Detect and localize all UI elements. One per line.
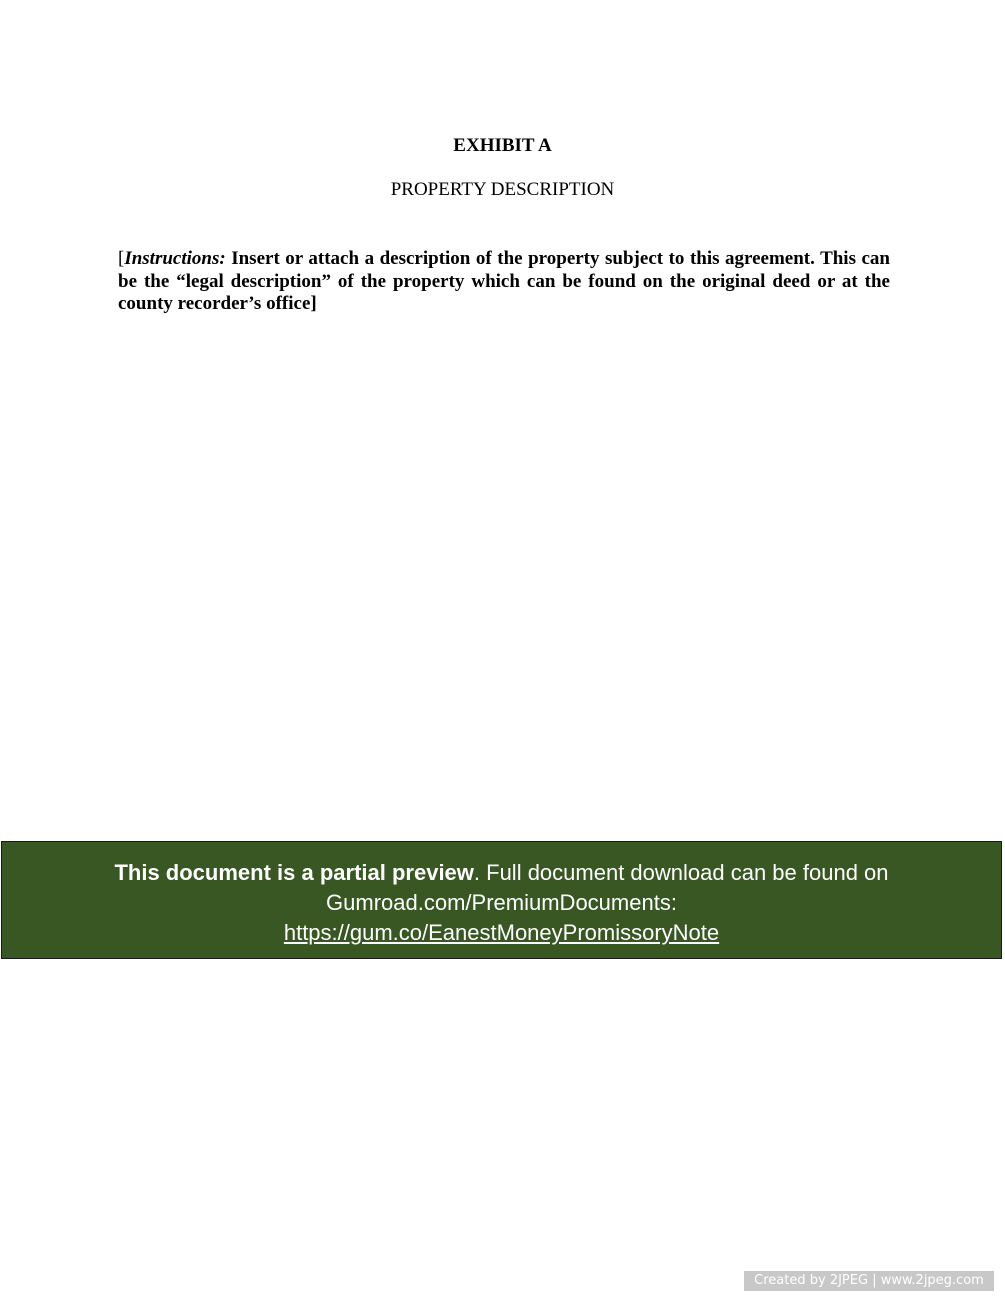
instructions-label: Instructions: xyxy=(124,248,225,269)
banner-line-1: This document is a partial preview. Full… xyxy=(2,858,1001,888)
banner-rest-text: . Full document download can be found on xyxy=(474,860,889,885)
instructions-text: Insert or attach a description of the pr… xyxy=(118,248,890,314)
section-title: PROPERTY DESCRIPTION xyxy=(0,179,1005,201)
exhibit-title: EXHIBIT A xyxy=(0,135,1005,157)
banner-line-3: https://gum.co/EanestMoneyPromissoryNote xyxy=(2,918,1001,948)
banner-line-2: Gumroad.com/PremiumDocuments: xyxy=(2,888,1001,918)
download-link[interactable]: https://gum.co/EanestMoneyPromissoryNote xyxy=(284,920,719,945)
watermark: Created by 2JPEG | www.2jpeg.com xyxy=(744,1271,994,1291)
preview-banner: This document is a partial preview. Full… xyxy=(1,841,1002,959)
banner-bold-text: This document is a partial preview xyxy=(114,860,473,885)
instructions-paragraph: [Instructions: Insert or attach a descri… xyxy=(118,248,890,316)
